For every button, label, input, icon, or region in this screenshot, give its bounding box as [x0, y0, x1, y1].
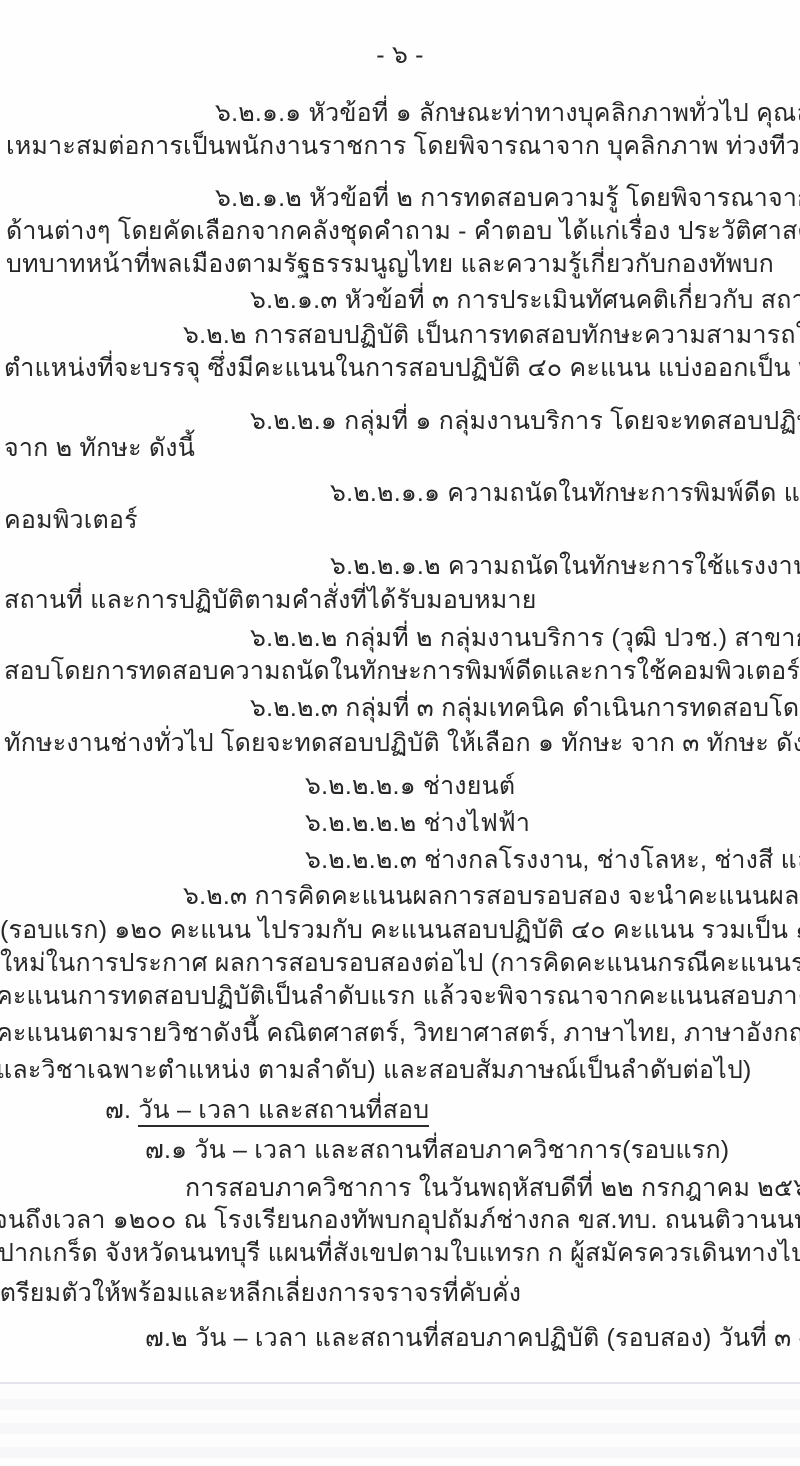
clause-6-2-1-3: ๖.๒.๑.๓ หัวข้อที่ ๓ การประเมินทัศนคติเกี…	[250, 285, 800, 315]
scan-hairline	[0, 1382, 800, 1384]
para-7-1-line-3: ปากเกร็ด จังหวัดนนทบุรี แผนที่สังเขปตามใ…	[0, 1238, 800, 1268]
clause-6-2-3-line-5: คะแนนตามรายวิชาดังนี้ คณิตศาสตร์, วิทยาศ…	[0, 1018, 800, 1048]
clause-6-2-2-2-2: ๖.๒.๒.๒.๒ ช่างไฟฟ้า	[305, 808, 530, 838]
heading-7-1: ๗.๑ วัน – เวลา และสถานที่สอบภาควิชาการ(ร…	[145, 1135, 729, 1165]
scan-noise-band	[0, 1386, 800, 1466]
clause-6-2-1-2-line-1: ๖.๒.๑.๒ หัวข้อที่ ๒ การทดสอบความรู้ โดยพ…	[215, 183, 800, 213]
clause-6-2-2-1-line-1: ๖.๒.๒.๑ กลุ่มที่ ๑ กลุ่มงานบริการ โดยจะท…	[250, 406, 800, 436]
clause-6-2-3-line-4: คะแนนการทดสอบปฏิบัติเป็นลำดับแรก แล้วจะพ…	[0, 981, 800, 1011]
clause-6-2-2-3-line-1: ๖.๒.๒.๓ กลุ่มที่ ๓ กลุ่มเทคนิค ดำเนินการ…	[250, 693, 800, 723]
clause-6-2-2-2-line-2: สอบโดยการทดสอบความถนัดในทักษะการพิมพ์ดีด…	[4, 656, 800, 686]
heading-7-2: ๗.๒ วัน – เวลา และสถานที่สอบภาคปฏิบัติ (…	[145, 1323, 800, 1353]
clause-6-2-2-1-2-line-2: สถานที่ และการปฏิบัติตามคำสั่งที่ได้รับม…	[4, 585, 537, 615]
page-number: - ๖ -	[0, 40, 800, 70]
clause-6-2-1-2-line-3: บทบาทหน้าที่พลเมืองตามรัฐธรรมนูญไทย และค…	[6, 249, 774, 279]
clause-6-2-3-line-2: (รอบแรก) ๑๒๐ คะแนน ไปรวมกับ คะแนนสอบปฏิบ…	[0, 915, 800, 945]
clause-6-2-1-2-line-2: ด้านต่างๆ โดยคัดเลือกจากคลังชุดคำถาม - ค…	[6, 216, 800, 246]
clause-6-2-2-line-1: ๖.๒.๒ การสอบปฏิบัติ เป็นการทดสอบทักษะควา…	[183, 320, 800, 350]
clause-6-2-3-line-6: และวิชาเฉพาะตำแหน่ง ตามลำดับ) และสอบสัมภ…	[0, 1055, 752, 1085]
clause-6-2-2-3-line-2: ทักษะงานช่างทั่วไป โดยจะทดสอบปฏิบัติ ให้…	[4, 728, 800, 758]
heading-7-title: วัน – เวลา และสถานที่สอบ	[138, 1096, 429, 1127]
para-7-1-line-2: จนถึงเวลา ๑๒๐๐ ณ โรงเรียนกองทัพบกอุปถัมภ…	[0, 1205, 800, 1235]
clause-6-2-3-line-1: ๖.๒.๓ การคิดคะแนนผลการสอบรอบสอง จะนำคะแน…	[183, 881, 800, 911]
heading-7: ๗. วัน – เวลา และสถานที่สอบ	[105, 1095, 429, 1125]
clause-6-2-2-1-line-2: จาก ๒ ทักษะ ดังนี้	[4, 433, 195, 463]
clause-6-2-2-2-line-1: ๖.๒.๒.๒ กลุ่มที่ ๒ กลุ่มงานบริการ (วุฒิ …	[250, 623, 800, 653]
clause-6-2-2-line-2: ตำแหน่งที่จะบรรจุ ซึ่งมีคะแนนในการสอบปฏิ…	[4, 353, 800, 383]
clause-6-2-1-1-line-1: ๖.๒.๑.๑ หัวข้อที่ ๑ ลักษณะท่าทางบุคลิกภา…	[215, 98, 800, 128]
heading-7-prefix: ๗.	[105, 1096, 138, 1124]
clause-6-2-2-2-3: ๖.๒.๒.๒.๓ ช่างกลโรงงาน, ช่างโลหะ, ช่างสี…	[305, 845, 800, 875]
para-7-1-line-1: การสอบภาควิชาการ ในวันพฤหัสบดีที่ ๒๒ กรก…	[185, 1173, 800, 1203]
document-page: - ๖ - ๖.๒.๑.๑ หัวข้อที่ ๑ ลักษณะท่าทางบุ…	[0, 0, 800, 1466]
clause-6-2-2-2-1: ๖.๒.๒.๒.๑ ช่างยนต์	[305, 771, 515, 801]
clause-6-2-2-1-1-line-1: ๖.๒.๒.๑.๑ ความถนัดในทักษะการพิมพ์ดีด และ…	[330, 478, 800, 508]
clause-6-2-1-1-line-2: เหมาะสมต่อการเป็นพนักงานราชการ โดยพิจารณ…	[6, 131, 800, 161]
clause-6-2-3-line-3: ใหม่ในการประกาศ ผลการสอบรอบสองต่อไป (การ…	[0, 948, 800, 978]
para-7-1-line-4: เตรียมตัวให้พร้อมและหลีกเลี่ยงการจราจรที…	[0, 1278, 521, 1308]
clause-6-2-2-1-2-line-1: ๖.๒.๒.๑.๒ ความถนัดในทักษะการใช้แรงงาน บร…	[330, 551, 800, 581]
clause-6-2-2-1-1-line-2: คอมพิวเตอร์	[4, 505, 138, 535]
